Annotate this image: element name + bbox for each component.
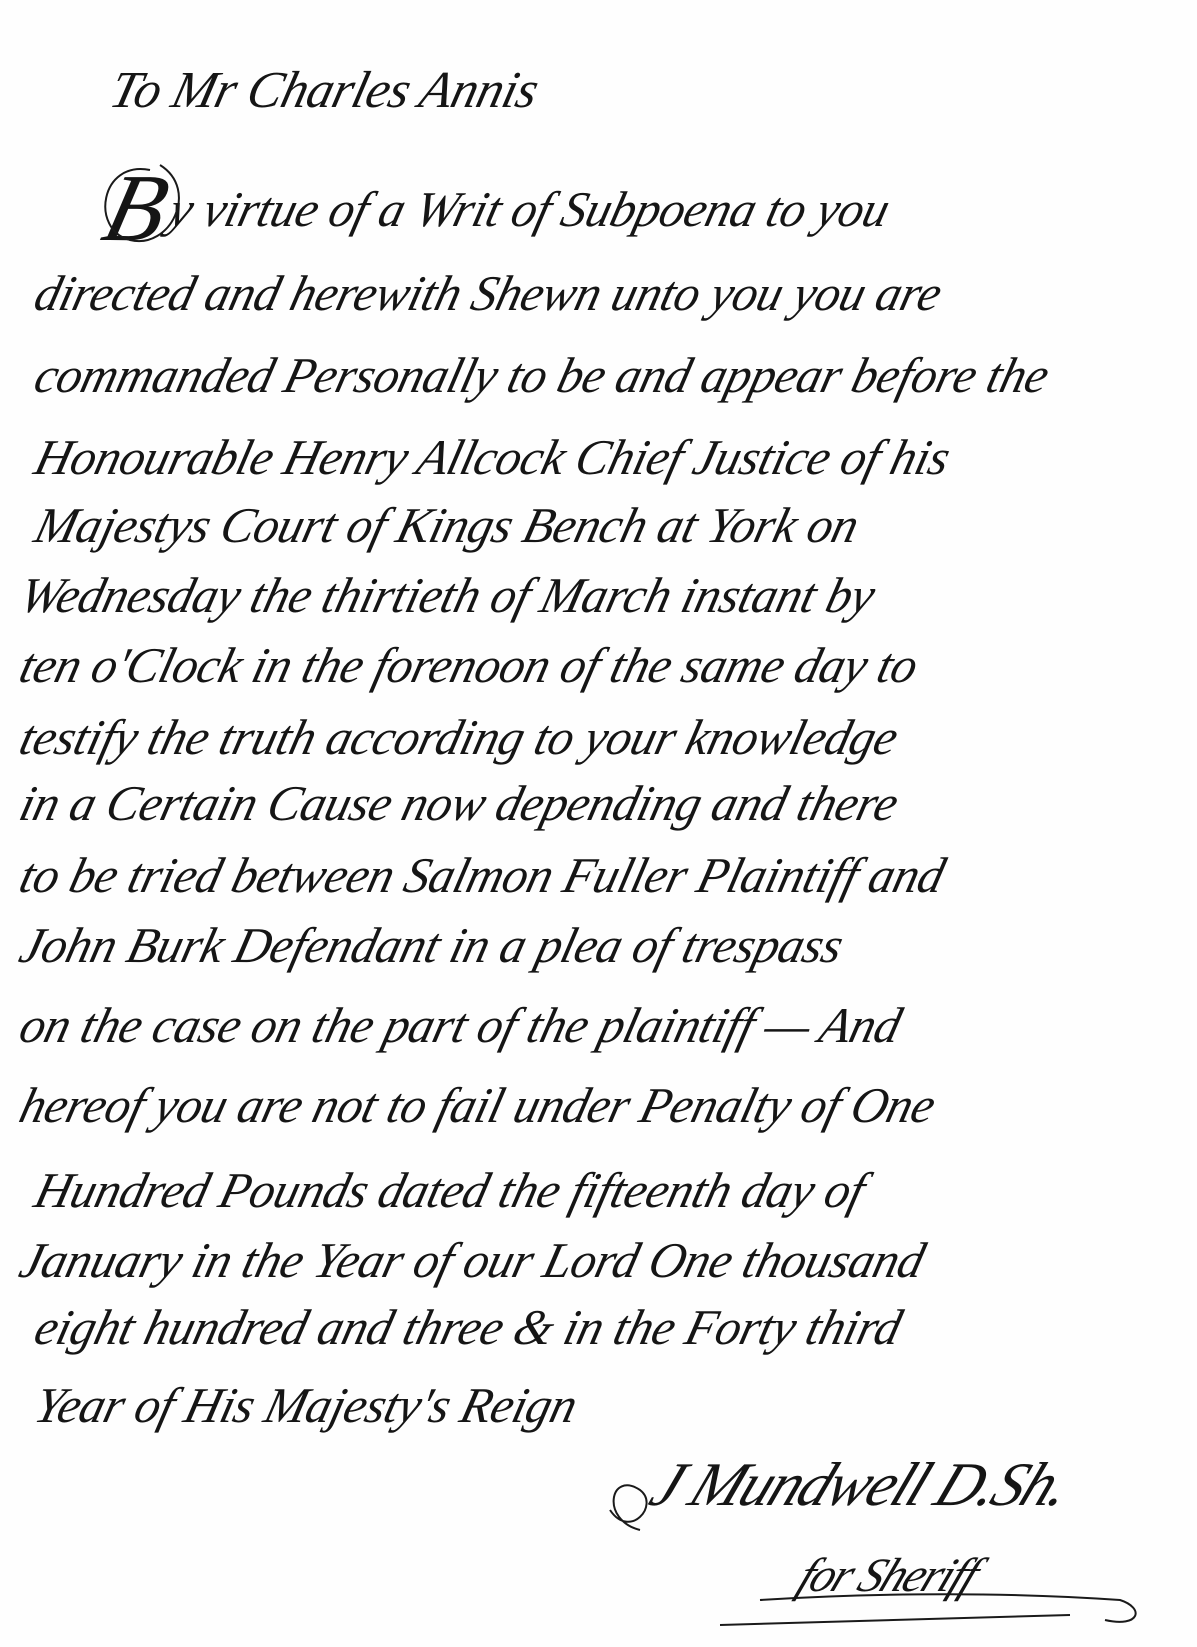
text-line-9: in a Certain Cause now depending and the…	[15, 778, 903, 828]
text-line-5: Majestys Court of Kings Bench at York on	[30, 500, 864, 550]
text-line-15: January in the Year of our Lord One thou…	[15, 1235, 930, 1285]
text-line-11: John Burk Defendant in a plea of trespas…	[15, 920, 848, 970]
text-line-7: ten o'Clock in the forenoon of the same …	[15, 640, 923, 690]
text-line-6: Wednesday the thirtieth of March instant…	[15, 570, 880, 620]
opening-line: By virtue of a Writ of Subpoena to you	[95, 160, 901, 256]
text-line-17: Year of His Majesty's Reign	[30, 1380, 582, 1430]
text-line-10: to be tried between Salmon Fuller Plaint…	[15, 850, 950, 900]
text-line-16: eight hundred and three & in the Forty t…	[30, 1302, 906, 1352]
text-line-14: Hundred Pounds dated the fifteenth day o…	[30, 1165, 870, 1215]
text-line-12: on the case on the part of the plaintiff…	[15, 1000, 906, 1050]
text-line-13: hereof you are not to fail under Penalty…	[15, 1080, 940, 1130]
text-line-1: y virtue of a Writ of Subpoena to you	[164, 181, 895, 237]
document-page: To Mr Charles Annis By virtue of a Writ …	[0, 0, 1197, 1647]
text-line-2: directed and herewith Shewn unto you you…	[30, 268, 947, 318]
dropcap-letter: B	[95, 160, 177, 256]
text-line-4: Honourable Henry Allcock Chief Justice o…	[30, 432, 955, 482]
text-line-8: testify the truth according to your know…	[15, 712, 903, 762]
text-line-3: commanded Personally to be and appear be…	[30, 350, 1054, 400]
signature-name: J Mundwell D.Sh.	[640, 1450, 1081, 1521]
signature-title: for Sheriff	[790, 1548, 986, 1603]
salutation: To Mr Charles Annis	[105, 65, 543, 117]
